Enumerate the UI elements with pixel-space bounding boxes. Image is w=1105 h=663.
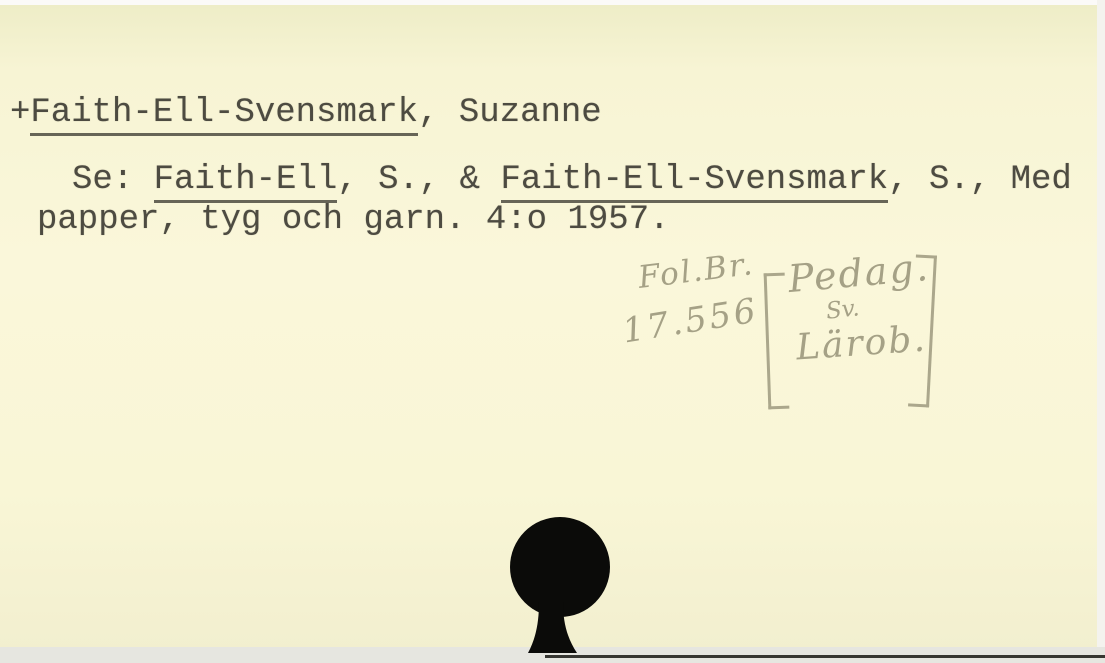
scan-margin-right [1097, 0, 1105, 650]
shelfmark-class: Fol.Br. [636, 246, 756, 296]
reference-name-2-underlined: Faith-Ell-Svensmark [501, 161, 889, 203]
subject-heading-sv: Sv. [825, 295, 861, 324]
reference-name-1-underlined: Faith-Ell [154, 161, 338, 203]
see-reference-line-1: Se: Faith-Ell, S., & Faith-Ell-Svensmark… [72, 161, 1072, 199]
subject-heading-pedag: Pedag. [786, 245, 931, 301]
main-heading: +Faith-Ell-Svensmark, Suzanne [10, 94, 602, 132]
see-label: Se: [72, 161, 154, 199]
rod-hole-icon [495, 512, 625, 657]
scan-bottom-edge-line [545, 655, 1105, 658]
subject-heading-larob: Lärob. [795, 318, 928, 368]
heading-name-underlined: Faith-Ell-Svensmark [30, 94, 418, 136]
reference-title-start: , S., Med [888, 161, 1072, 199]
left-bracket [764, 273, 790, 410]
scanned-catalog-card: +Faith-Ell-Svensmark, Suzanne Se: Faith-… [0, 0, 1105, 663]
heading-prefix: + [10, 94, 30, 132]
see-reference-line-2: papper, tyg och garn. 4:o 1957. [37, 201, 670, 239]
reference-separator: , S., & [337, 161, 500, 199]
heading-suffix: , Suzanne [418, 94, 602, 132]
shelfmark-number: 17.556 [620, 291, 762, 352]
